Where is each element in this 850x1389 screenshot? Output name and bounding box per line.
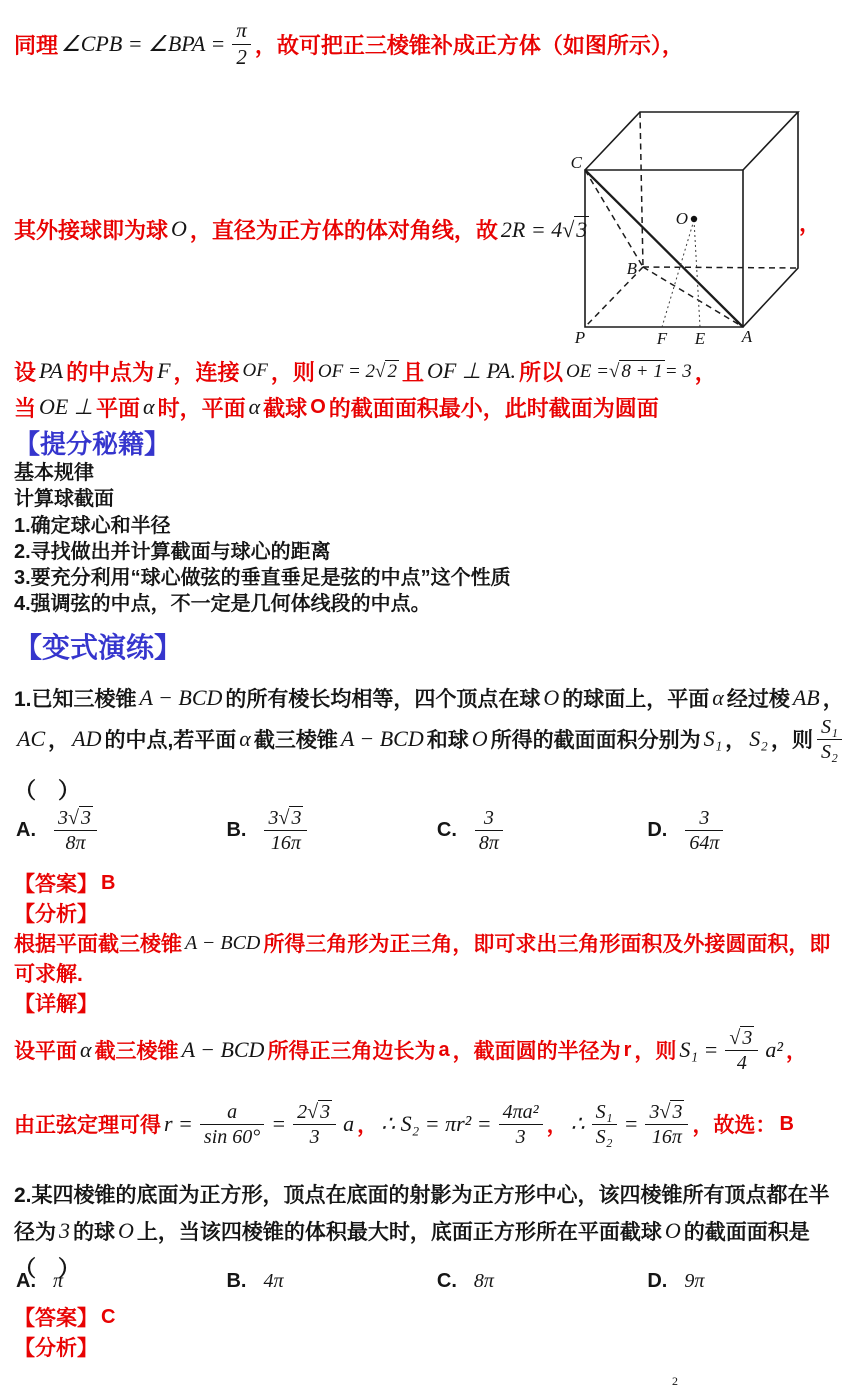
text-run: 经过棱	[727, 683, 790, 713]
radical-sign: √	[609, 361, 619, 382]
text-run: 根据平面截三棱锥	[14, 928, 182, 958]
fraction-numerator: 3	[685, 806, 723, 831]
text-run: 当	[14, 392, 36, 423]
fraction-sqrt3-over-4: √3 4	[725, 1026, 758, 1075]
text-run: ，则	[771, 724, 813, 754]
wrapped-comma: ，	[799, 207, 821, 238]
question-2-line-2: 径为 3 的球 O 上，当该四棱锥的体积最大时，底面正方形所在平面截球 O 的截…	[14, 1213, 844, 1248]
text-run: ，	[547, 1109, 568, 1139]
fraction-denominator: 4	[725, 1051, 758, 1075]
option-value: 4π	[263, 1270, 283, 1293]
math-S1: S₁	[704, 726, 723, 752]
text-run: 所得三角形为正三角，即可求出三角形面积及外接圆面积，即	[263, 928, 830, 958]
text-run: ，	[786, 1035, 807, 1065]
option-letter: B.	[226, 1270, 246, 1293]
math-S2: S₂	[749, 726, 768, 752]
bold-a: a	[438, 1039, 449, 1062]
bold-O: O	[310, 396, 326, 419]
analysis-label: 【分析】	[14, 898, 98, 928]
text-run: 同理	[14, 29, 58, 60]
radical-sign: √	[659, 1101, 670, 1123]
text-run: 的中点,若平面	[104, 724, 236, 754]
text-run: 时，平面	[158, 392, 246, 423]
text-run: 设	[14, 356, 36, 387]
text-run: 截三棱锥	[254, 724, 338, 754]
option-B: B. 3√3 16π	[226, 806, 432, 855]
radical-sign: √	[68, 807, 79, 829]
question-1-line-2: AC ， AD 的中点,若平面 α 截三棱锥 A − BCD 和球 O 所得的截…	[14, 714, 844, 764]
math-S2-equals: ∴ S₂ = πr² =	[381, 1111, 492, 1137]
option-C: C. 8π	[437, 1270, 643, 1293]
option-letter: A.	[16, 1270, 36, 1293]
question-2-line-1: 2.某四棱锥的底面为正方形，顶点在底面的射影为正方形中心，该四棱锥所有顶点都在半	[14, 1178, 844, 1213]
option-B-fraction: 3√3 16π	[264, 806, 307, 855]
option-value: 8π	[474, 1270, 494, 1293]
fraction-a-over-sin60: a sin 60°	[200, 1100, 264, 1149]
cutoff-superscript-fragment: 2	[672, 1374, 678, 1389]
fraction-S1-over-S2: S₁ S₂	[817, 715, 842, 764]
text-run: 平面	[96, 392, 140, 423]
option-letter: C.	[437, 1270, 457, 1293]
math-AC: AC	[17, 726, 45, 752]
cube-figure: C O B P F E A	[556, 102, 808, 348]
rule-line: 4.强调弦的中点，不一定是几何体线段的中点。	[14, 591, 511, 617]
rule-line: 3.要充分利用“球心做弦的垂直垂足是弦的中点”这个性质	[14, 565, 511, 591]
vertex-label-E: E	[694, 329, 706, 348]
vertex-label-F: F	[656, 329, 668, 348]
text-run: ，截面圆的半径为	[453, 1035, 621, 1065]
math-a-squared: a²	[765, 1037, 783, 1063]
text-run: 所得的截面面积分别为	[491, 724, 701, 754]
vertex-label-C: C	[571, 153, 583, 172]
fraction-4pia2-over-3: 4πa² 3	[499, 1100, 543, 1149]
fraction-denominator: 3	[293, 1125, 336, 1149]
math-OF-perp-PA: OF ⊥ PA.	[427, 358, 516, 384]
detail-label: 【详解】	[14, 988, 98, 1018]
answer-1: 【答案】 B	[14, 868, 118, 898]
math-equals: =	[624, 1111, 639, 1137]
paragraph-cube-conclusion: 同理 ∠CPB = ∠BPA = π 2 ，故可把正三棱锥补成正方体（如图所示）…	[14, 16, 684, 72]
math-alpha: α	[143, 394, 155, 420]
rule-line: 基本规律	[14, 460, 511, 486]
chosen-answer: B	[779, 1113, 793, 1136]
question-1: 1.已知三棱锥 A − BCD 的所有棱长均相等，四个顶点在球 O 的球面上，平…	[14, 682, 844, 805]
option-letter: A.	[16, 819, 36, 842]
fraction-denominator: sin 60°	[200, 1125, 264, 1149]
math-O: O	[472, 726, 488, 752]
text-run: 设平面	[14, 1035, 77, 1065]
radical-sign: √	[562, 217, 574, 242]
text-run: 由正弦定理可得	[14, 1109, 161, 1139]
text-run: 的球	[73, 1216, 115, 1246]
fraction-denominator: 16π	[645, 1125, 688, 1149]
question-1-options: A. 3√3 8π B. 3√3 16π C. 3 8π D. 3 64π	[16, 806, 850, 855]
math-therefore: ∴	[571, 1111, 585, 1137]
text-run: 截三棱锥	[95, 1035, 179, 1065]
rule-line: 1.确定球心和半径	[14, 513, 511, 539]
vertex-label-O: O	[676, 209, 688, 228]
math-AD: AD	[72, 726, 101, 752]
text-run: 所得正三角边长为	[267, 1035, 435, 1065]
fraction-denominator: S₂	[592, 1125, 617, 1149]
analysis-1-line-1: 根据平面截三棱锥 A − BCD 所得三角形为正三角，即可求出三角形面积及外接圆…	[14, 928, 830, 958]
fraction-numerator: π	[232, 18, 251, 44]
text-run: 的截面面积是	[684, 1216, 810, 1246]
math-A-BCD: A − BCD	[140, 685, 223, 711]
math-O: O	[171, 216, 187, 242]
bold-r: r	[624, 1039, 632, 1062]
math-A-BCD: A − BCD	[341, 726, 424, 752]
text-run: 所以	[519, 356, 563, 387]
radical-sign: √	[375, 361, 385, 382]
text-run: 径为	[14, 1216, 56, 1246]
fraction-numerator: 4πa²	[499, 1100, 543, 1125]
rule-line: 计算球截面	[14, 486, 511, 512]
document-page: 同理 ∠CPB = ∠BPA = π 2 ，故可把正三棱锥补成正方体（如图所示）…	[0, 0, 850, 1389]
text-run: 其外接球即为球	[14, 214, 168, 245]
text-run: ，则	[634, 1035, 676, 1065]
fraction-denominator: 3	[499, 1125, 543, 1149]
option-C: C. 3 8π	[437, 806, 643, 855]
math-angle-equation: ∠CPB = ∠BPA =	[61, 31, 225, 57]
text-run: 的中点为	[66, 356, 154, 387]
option-A: A. π	[16, 1270, 222, 1293]
fraction-numerator: √3	[725, 1026, 758, 1051]
math-equals: =	[271, 1111, 286, 1137]
question-2: 2.某四棱锥的底面为正方形，顶点在底面的射影为正方形中心，该四棱锥所有顶点都在半…	[14, 1178, 844, 1283]
option-value: 9π	[684, 1270, 704, 1293]
text-run: ，	[357, 1109, 378, 1139]
option-letter: D.	[647, 819, 667, 842]
answer-value: C	[101, 1306, 115, 1329]
math-alpha: α	[239, 726, 251, 752]
fraction-2sqrt3-over-3: 2√3 3	[293, 1100, 336, 1149]
projection-lines	[662, 220, 700, 327]
text-run: 的所有棱长均相等，四个顶点在球	[225, 683, 540, 713]
answer-label: 【答案】	[14, 1302, 98, 1332]
vertex-label-B: B	[627, 259, 638, 278]
math-alpha: α	[80, 1037, 92, 1063]
radical-sign: √	[729, 1027, 740, 1049]
fraction-denominator: 16π	[264, 831, 307, 855]
option-letter: D.	[647, 1270, 667, 1293]
fraction-numerator: 3√3	[264, 806, 307, 831]
fraction-numerator: S₁	[592, 1100, 617, 1125]
vertex-label-A: A	[741, 327, 753, 346]
vertex-label-P: P	[574, 328, 585, 347]
fraction-3sqrt3-over-16pi: 3√3 16π	[645, 1100, 688, 1149]
paragraph-midpoint-F: 设 PA 的中点为 F ，连接 OF ，则 OF = 2√2 且 OF ⊥ PA…	[14, 352, 717, 390]
math-OF-value: OF = 2√2	[318, 360, 399, 383]
option-B: B. 4π	[226, 1270, 432, 1293]
option-D-fraction: 3 64π	[685, 806, 723, 855]
option-A-fraction: 3√3 8π	[54, 806, 97, 855]
option-C-fraction: 3 8π	[475, 806, 503, 855]
fraction-denominator: 64π	[685, 831, 723, 855]
fraction-denominator: S₂	[817, 740, 842, 764]
math-O: O	[118, 1218, 134, 1244]
math-OE-perp: OE ⊥	[39, 394, 93, 420]
math-OF: OF	[243, 360, 268, 382]
question-1-line-1: 1.已知三棱锥 A − BCD 的所有棱长均相等，四个顶点在球 O 的球面上，平…	[14, 682, 844, 714]
detail-line-1: 设平面 α 截三棱锥 A − BCD 所得正三角边长为 a ，截面圆的半径为 r…	[14, 1022, 807, 1078]
option-D: D. 3 64π	[647, 806, 850, 855]
text-run: ，连接	[174, 356, 240, 387]
math-A-BCD: A − BCD	[185, 932, 260, 955]
section-header-practice: 【变式演练】	[14, 626, 182, 666]
text-run: 上，当该四棱锥的体积最大时，底面正方形所在平面截球	[137, 1216, 662, 1246]
math-S1-equals: S₁ =	[679, 1037, 718, 1063]
option-value: π	[53, 1270, 63, 1293]
fraction-pi-over-2: π 2	[232, 18, 251, 69]
fraction-S1-over-S2: S₁ S₂	[592, 1100, 617, 1149]
question-2-options: A. π B. 4π C. 8π D. 9π	[16, 1270, 850, 1293]
option-A: A. 3√3 8π	[16, 806, 222, 855]
fraction-numerator: S₁	[817, 715, 842, 740]
fraction-denominator: 2	[232, 45, 251, 70]
fraction-numerator: a	[200, 1100, 264, 1125]
math-OE-value: OE =√8 + 1= 3	[566, 360, 692, 383]
paragraph-circumscribed-sphere: 其外接球即为球 O ，直径为正方体的体对角线，故 2R = 4√3	[14, 212, 592, 246]
rules-list: 基本规律 计算球截面 1.确定球心和半径 2.寻找做出并计算截面与球心的距离 3…	[14, 460, 511, 618]
fraction-denominator: 8π	[475, 831, 503, 855]
math-a: a	[343, 1111, 354, 1137]
rule-line: 2.寻找做出并计算截面与球心的距离	[14, 539, 511, 565]
text-run: 且	[402, 356, 424, 387]
fraction-numerator: 3	[475, 806, 503, 831]
text-run: ，故选：	[692, 1109, 776, 1139]
option-D: D. 9π	[647, 1270, 850, 1293]
text-run: 截球	[263, 392, 307, 423]
option-letter: B.	[226, 819, 246, 842]
math-r-equals: r =	[164, 1111, 193, 1137]
fraction-numerator: 3√3	[645, 1100, 688, 1125]
text-run: ，直径为正方体的体对角线，故	[190, 214, 498, 245]
text-run: ，	[725, 724, 746, 754]
text-run: ，	[48, 724, 69, 754]
math-alpha: α	[249, 394, 261, 420]
paragraph-min-section: 当 OE ⊥ 平面 α 时，平面 α 截球 O 的截面面积最小，此时截面为圆面	[14, 390, 659, 424]
math-3: 3	[59, 1218, 70, 1244]
text-run: 的截面面积最小，此时截面为圆面	[329, 392, 659, 423]
text-run: ，则	[271, 356, 315, 387]
math-O: O	[665, 1218, 681, 1244]
fraction-denominator: 8π	[54, 831, 97, 855]
answer-blank-brackets: （ ）	[14, 774, 844, 805]
option-letter: C.	[437, 819, 457, 842]
radical-sign: √	[278, 807, 289, 829]
math-A-BCD: A − BCD	[182, 1037, 265, 1063]
math-F: F	[157, 358, 170, 384]
text-run: 和球	[427, 724, 469, 754]
math-alpha: α	[712, 685, 724, 711]
answer-2: 【答案】 C	[14, 1302, 118, 1332]
radical-sign: √	[307, 1101, 318, 1123]
section-header-tips: 【提分秘籍】	[14, 424, 170, 461]
answer-value: B	[101, 872, 115, 895]
center-point-O-dot	[691, 216, 697, 222]
math-AB: AB	[793, 685, 820, 711]
text-run: ，	[823, 683, 844, 713]
analysis-label: 【分析】	[14, 1332, 98, 1362]
math-2R-equation: 2R = 4√3	[501, 216, 589, 243]
answer-label: 【答案】	[14, 868, 98, 898]
analysis-1-line-2: 可求解.	[14, 958, 83, 988]
math-O: O	[543, 685, 559, 711]
math-PA: PA	[39, 358, 63, 384]
fraction-numerator: 3√3	[54, 806, 97, 831]
text-run: 1.已知三棱锥	[14, 683, 137, 713]
text-run: ，故可把正三棱锥补成正方体（如图所示），	[255, 29, 684, 60]
detail-line-2: 由正弦定理可得 r = a sin 60° = 2√3 3 a ， ∴ S₂ =…	[14, 1092, 797, 1156]
fraction-numerator: 2√3	[293, 1100, 336, 1125]
text-run: ，	[695, 356, 717, 387]
text-run: 的球面上，平面	[562, 683, 709, 713]
